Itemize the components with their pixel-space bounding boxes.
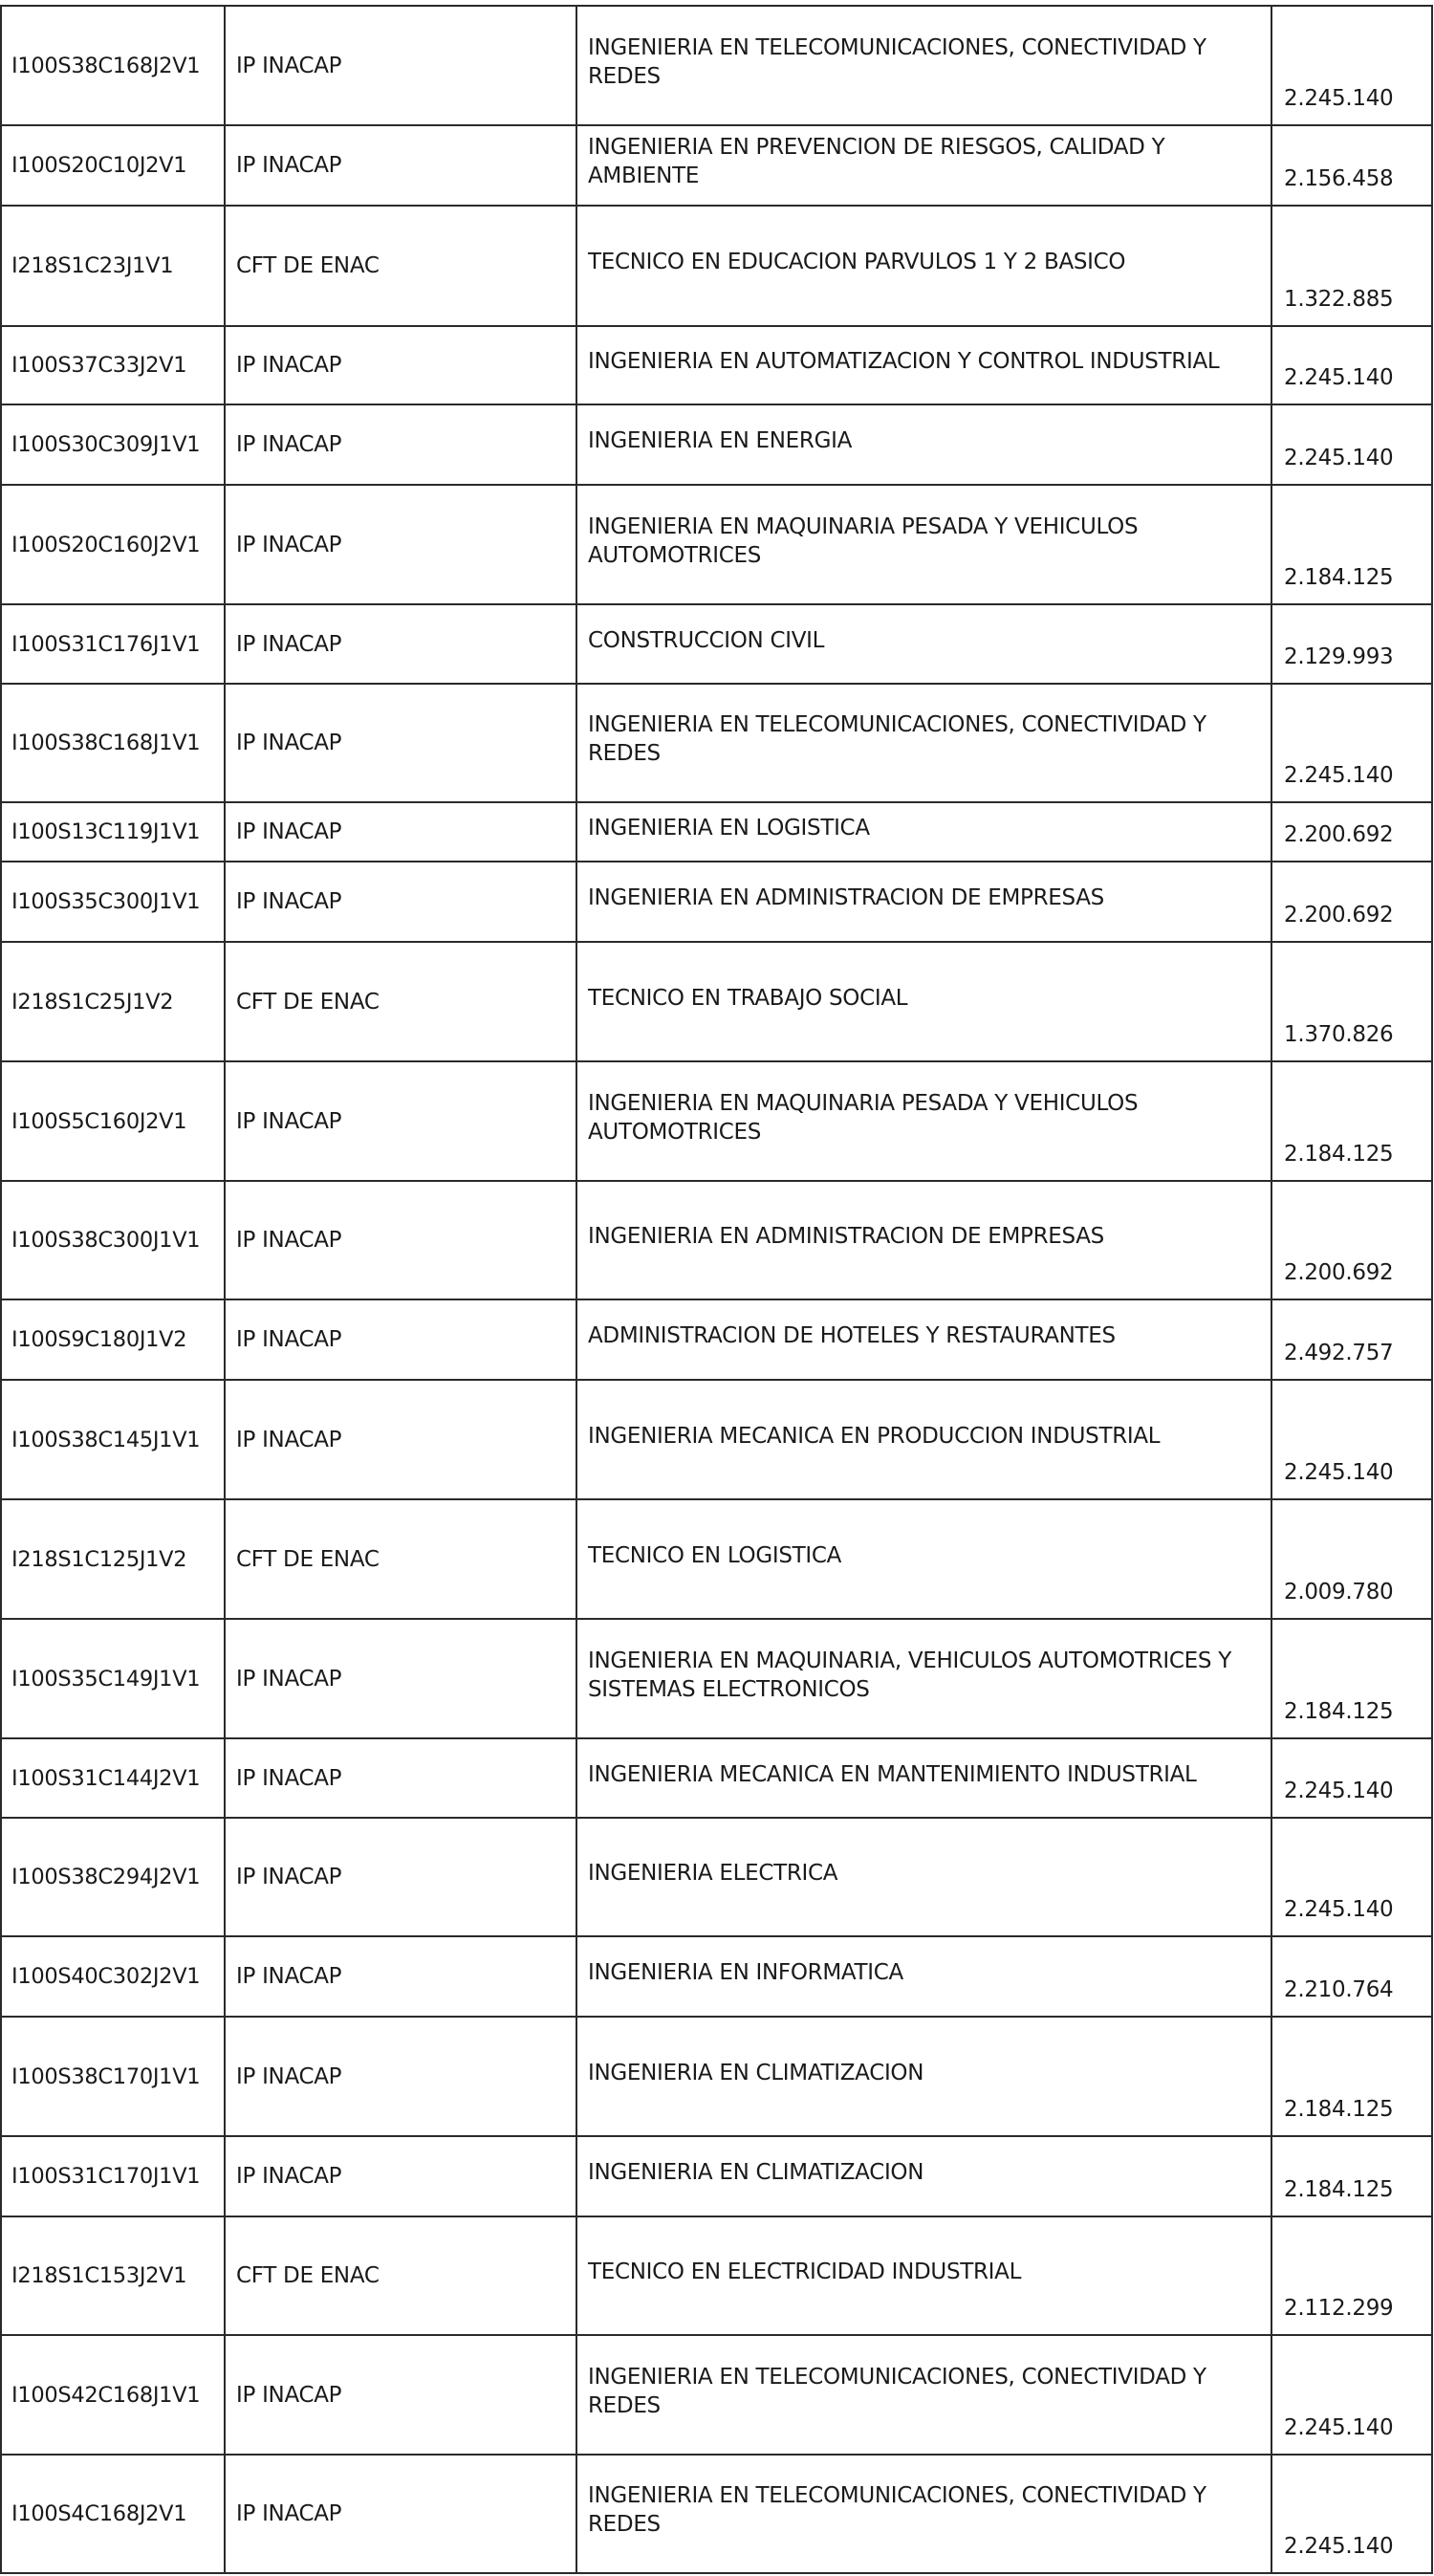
- institution-cell: IP INACAP: [225, 684, 576, 802]
- code-cell: I100S38C170J1V1: [1, 2017, 225, 2136]
- table-row: I100S38C168J1V1IP INACAPINGENIERIA EN TE…: [1, 684, 1432, 802]
- program-cell: INGENIERIA EN LOGISTICA: [576, 802, 1271, 862]
- code-cell-text: I100S31C170J1V1: [11, 2162, 200, 2191]
- amount-cell-text: 2.245.140: [1284, 363, 1393, 392]
- institution-cell-text: IP INACAP: [236, 1226, 341, 1255]
- program-cell-text: INGENIERIA EN MAQUINARIA, VEHICULOS AUTO…: [588, 1647, 1251, 1704]
- amount-cell-text: 2.200.692: [1284, 820, 1393, 849]
- program-cell-text: INGENIERIA EN AUTOMATIZACION Y CONTROL I…: [588, 347, 1219, 376]
- code-cell-text: I100S20C160J2V1: [11, 531, 200, 559]
- code-cell-text: I218S1C125J1V2: [11, 1545, 186, 1574]
- code-cell-text: I100S35C300J1V1: [11, 887, 200, 916]
- program-cell: CONSTRUCCION CIVIL: [576, 604, 1271, 684]
- program-cell: INGENIERIA EN TELECOMUNICACIONES, CONECT…: [576, 2335, 1271, 2455]
- code-cell: I218S1C25J1V2: [1, 942, 225, 1061]
- table-row: I100S38C145J1V1IP INACAPINGENIERIA MECAN…: [1, 1380, 1432, 1499]
- institution-cell: CFT DE ENAC: [225, 942, 576, 1061]
- amount-cell: 2.200.692: [1271, 802, 1432, 862]
- program-cell: INGENIERIA ELECTRICA: [576, 1818, 1271, 1936]
- code-cell: I100S35C300J1V1: [1, 862, 225, 942]
- table-row: I100S4C168J2V1IP INACAPINGENIERIA EN TEL…: [1, 2455, 1432, 2573]
- amount-cell: 2.245.140: [1271, 1380, 1432, 1499]
- code-cell-text: I100S38C300J1V1: [11, 1226, 200, 1255]
- code-cell: I100S38C168J2V1: [1, 6, 225, 125]
- amount-cell-text: 2.184.125: [1284, 2095, 1393, 2124]
- amount-cell: 2.245.140: [1271, 326, 1432, 404]
- amount-cell: 2.245.140: [1271, 684, 1432, 802]
- code-cell-text: I100S30C309J1V1: [11, 430, 200, 459]
- table-row: I100S42C168J1V1IP INACAPINGENIERIA EN TE…: [1, 2335, 1432, 2455]
- institution-cell: IP INACAP: [225, 1738, 576, 1818]
- amount-cell: 2.009.780: [1271, 1499, 1432, 1619]
- institution-cell: IP INACAP: [225, 6, 576, 125]
- program-cell-text: TECNICO EN LOGISTICA: [588, 1541, 841, 1570]
- program-cell-text: INGENIERIA EN MAQUINARIA PESADA Y VEHICU…: [588, 513, 1251, 570]
- program-cell: INGENIERIA EN MAQUINARIA PESADA Y VEHICU…: [576, 485, 1271, 604]
- program-cell: ADMINISTRACION DE HOTELES Y RESTAURANTES: [576, 1299, 1271, 1380]
- table-row: I218S1C25J1V2CFT DE ENACTECNICO EN TRABA…: [1, 942, 1432, 1061]
- code-cell-text: I100S5C160J2V1: [11, 1107, 186, 1136]
- institution-cell: IP INACAP: [225, 1619, 576, 1738]
- amount-cell: 2.112.299: [1271, 2216, 1432, 2335]
- code-cell-text: I100S38C145J1V1: [11, 1426, 200, 1454]
- table-row: I100S38C294J2V1IP INACAPINGENIERIA ELECT…: [1, 1818, 1432, 1936]
- institution-cell: IP INACAP: [225, 1299, 576, 1380]
- career-tuition-table: I100S38C168J2V1IP INACAPINGENIERIA EN TE…: [0, 5, 1433, 2574]
- code-cell: I100S38C145J1V1: [1, 1380, 225, 1499]
- amount-cell: 2.245.140: [1271, 1738, 1432, 1818]
- institution-cell: IP INACAP: [225, 125, 576, 206]
- code-cell: I100S31C176J1V1: [1, 604, 225, 684]
- institution-cell-text: IP INACAP: [236, 1426, 341, 1454]
- institution-cell-text: IP INACAP: [236, 1107, 341, 1136]
- code-cell-text: I100S42C168J1V1: [11, 2381, 200, 2410]
- table-row: I100S20C160J2V1IP INACAPINGENIERIA EN MA…: [1, 485, 1432, 604]
- amount-cell: 2.245.140: [1271, 2335, 1432, 2455]
- program-cell-text: INGENIERIA MECANICA EN MANTENIMIENTO IND…: [588, 1760, 1197, 1789]
- amount-cell: 2.200.692: [1271, 862, 1432, 942]
- institution-cell: IP INACAP: [225, 1818, 576, 1936]
- code-cell: I100S5C160J2V1: [1, 1061, 225, 1181]
- amount-cell-text: 2.009.780: [1284, 1578, 1393, 1606]
- code-cell-text: I218S1C25J1V2: [11, 988, 173, 1016]
- code-cell-text: I100S31C144J2V1: [11, 1764, 200, 1793]
- institution-cell-text: IP INACAP: [236, 1962, 341, 1991]
- code-cell-text: I100S40C302J2V1: [11, 1962, 200, 1991]
- program-cell-text: INGENIERIA EN LOGISTICA: [588, 814, 870, 842]
- institution-cell: IP INACAP: [225, 2017, 576, 2136]
- code-cell-text: I100S38C168J1V1: [11, 729, 200, 757]
- program-cell: INGENIERIA EN CLIMATIZACION: [576, 2136, 1271, 2216]
- amount-cell-text: 2.184.125: [1284, 1140, 1393, 1168]
- code-cell: I100S13C119J1V1: [1, 802, 225, 862]
- table-row: I100S38C300J1V1IP INACAPINGENIERIA EN AD…: [1, 1181, 1432, 1299]
- institution-cell-text: IP INACAP: [236, 430, 341, 459]
- institution-cell: IP INACAP: [225, 802, 576, 862]
- amount-cell-text: 2.245.140: [1284, 1458, 1393, 1487]
- program-cell: TECNICO EN EDUCACION PARVULOS 1 Y 2 BASI…: [576, 206, 1271, 326]
- code-cell-text: I100S35C149J1V1: [11, 1665, 200, 1693]
- code-cell-text: I100S4C168J2V1: [11, 2500, 186, 2528]
- institution-cell-text: IP INACAP: [236, 1863, 341, 1891]
- amount-cell-text: 2.245.140: [1284, 444, 1393, 472]
- institution-cell-text: IP INACAP: [236, 2381, 341, 2410]
- code-cell-text: I100S13C119J1V1: [11, 818, 200, 846]
- institution-cell-text: IP INACAP: [236, 818, 341, 846]
- amount-cell-text: 2.156.458: [1284, 164, 1393, 193]
- table-row: I100S40C302J2V1IP INACAPINGENIERIA EN IN…: [1, 1936, 1432, 2017]
- code-cell-text: I100S20C10J2V1: [11, 151, 186, 180]
- amount-cell: 2.492.757: [1271, 1299, 1432, 1380]
- institution-cell: IP INACAP: [225, 2335, 576, 2455]
- code-cell-text: I100S9C180J1V2: [11, 1325, 186, 1354]
- institution-cell: IP INACAP: [225, 326, 576, 404]
- table-body: I100S38C168J2V1IP INACAPINGENIERIA EN TE…: [1, 6, 1432, 2573]
- amount-cell: 2.200.692: [1271, 1181, 1432, 1299]
- program-cell: INGENIERIA EN ENERGIA: [576, 404, 1271, 485]
- amount-cell-text: 2.200.692: [1284, 901, 1393, 929]
- institution-cell-text: CFT DE ENAC: [236, 988, 380, 1016]
- institution-cell: IP INACAP: [225, 1181, 576, 1299]
- table-row: I100S13C119J1V1IP INACAPINGENIERIA EN LO…: [1, 802, 1432, 862]
- institution-cell: IP INACAP: [225, 1380, 576, 1499]
- institution-cell: IP INACAP: [225, 485, 576, 604]
- institution-cell-text: IP INACAP: [236, 531, 341, 559]
- institution-cell: IP INACAP: [225, 862, 576, 942]
- table-row: I100S31C144J2V1IP INACAPINGENIERIA MECAN…: [1, 1738, 1432, 1818]
- table-row: I100S38C170J1V1IP INACAPINGENIERIA EN CL…: [1, 2017, 1432, 2136]
- code-cell-text: I100S38C170J1V1: [11, 2063, 200, 2091]
- amount-cell-text: 2.245.140: [1284, 2532, 1393, 2561]
- program-cell: INGENIERIA EN MAQUINARIA PESADA Y VEHICU…: [576, 1061, 1271, 1181]
- amount-cell: 1.370.826: [1271, 942, 1432, 1061]
- program-cell-text: INGENIERIA EN INFORMATICA: [588, 1958, 903, 1987]
- code-cell: I100S20C10J2V1: [1, 125, 225, 206]
- institution-cell-text: CFT DE ENAC: [236, 251, 380, 280]
- institution-cell: CFT DE ENAC: [225, 2216, 576, 2335]
- code-cell-text: I100S38C168J2V1: [11, 52, 200, 80]
- program-cell: TECNICO EN ELECTRICIDAD INDUSTRIAL: [576, 2216, 1271, 2335]
- amount-cell: 2.184.125: [1271, 485, 1432, 604]
- code-cell: I100S40C302J2V1: [1, 1936, 225, 2017]
- institution-cell: CFT DE ENAC: [225, 206, 576, 326]
- institution-cell-text: IP INACAP: [236, 351, 341, 380]
- institution-cell-text: IP INACAP: [236, 2162, 341, 2191]
- program-cell: INGENIERIA EN ADMINISTRACION DE EMPRESAS: [576, 862, 1271, 942]
- amount-cell-text: 2.184.125: [1284, 2175, 1393, 2204]
- code-cell-text: I100S38C294J2V1: [11, 1863, 200, 1891]
- code-cell: I100S42C168J1V1: [1, 2335, 225, 2455]
- code-cell: I100S38C294J2V1: [1, 1818, 225, 1936]
- institution-cell: CFT DE ENAC: [225, 1499, 576, 1619]
- institution-cell-text: IP INACAP: [236, 630, 341, 659]
- institution-cell: IP INACAP: [225, 604, 576, 684]
- amount-cell-text: 2.210.764: [1284, 1976, 1393, 2004]
- amount-cell: 1.322.885: [1271, 206, 1432, 326]
- table-row: I100S37C33J2V1IP INACAPINGENIERIA EN AUT…: [1, 326, 1432, 404]
- table-row: I218S1C153J2V1CFT DE ENACTECNICO EN ELEC…: [1, 2216, 1432, 2335]
- program-cell-text: INGENIERIA EN ENERGIA: [588, 426, 852, 455]
- program-cell-text: INGENIERIA MECANICA EN PRODUCCION INDUST…: [588, 1422, 1160, 1451]
- code-cell: I100S31C170J1V1: [1, 2136, 225, 2216]
- program-cell: INGENIERIA MECANICA EN MANTENIMIENTO IND…: [576, 1738, 1271, 1818]
- code-cell: I100S31C144J2V1: [1, 1738, 225, 1818]
- program-cell-text: INGENIERIA EN CLIMATIZACION: [588, 2059, 923, 2087]
- code-cell: I100S35C149J1V1: [1, 1619, 225, 1738]
- institution-cell-text: IP INACAP: [236, 1325, 341, 1354]
- program-cell: INGENIERIA EN MAQUINARIA, VEHICULOS AUTO…: [576, 1619, 1271, 1738]
- institution-cell-text: CFT DE ENAC: [236, 2261, 380, 2290]
- table-row: I100S35C149J1V1IP INACAPINGENIERIA EN MA…: [1, 1619, 1432, 1738]
- amount-cell-text: 2.245.140: [1284, 761, 1393, 790]
- institution-cell-text: IP INACAP: [236, 2500, 341, 2528]
- amount-cell-text: 2.129.993: [1284, 643, 1393, 671]
- amount-cell: 2.156.458: [1271, 125, 1432, 206]
- program-cell-text: TECNICO EN EDUCACION PARVULOS 1 Y 2 BASI…: [588, 248, 1125, 276]
- program-cell: INGENIERIA EN PREVENCION DE RIESGOS, CAL…: [576, 125, 1271, 206]
- code-cell: I100S30C309J1V1: [1, 404, 225, 485]
- table-row: I100S31C176J1V1IP INACAPCONSTRUCCION CIV…: [1, 604, 1432, 684]
- institution-cell-text: IP INACAP: [236, 887, 341, 916]
- institution-cell-text: IP INACAP: [236, 2063, 341, 2091]
- institution-cell-text: IP INACAP: [236, 52, 341, 80]
- amount-cell-text: 2.245.140: [1284, 1895, 1393, 1924]
- program-cell-text: TECNICO EN TRABAJO SOCIAL: [588, 984, 907, 1013]
- institution-cell: IP INACAP: [225, 2136, 576, 2216]
- amount-cell-text: 1.370.826: [1284, 1020, 1393, 1049]
- amount-cell: 2.129.993: [1271, 604, 1432, 684]
- code-cell-text: I218S1C153J2V1: [11, 2261, 186, 2290]
- program-cell: TECNICO EN TRABAJO SOCIAL: [576, 942, 1271, 1061]
- program-cell-text: TECNICO EN ELECTRICIDAD INDUSTRIAL: [588, 2258, 1021, 2286]
- amount-cell: 2.245.140: [1271, 1818, 1432, 1936]
- institution-cell-text: IP INACAP: [236, 729, 341, 757]
- table-row: I100S30C309J1V1IP INACAPINGENIERIA EN EN…: [1, 404, 1432, 485]
- table-row: I100S5C160J2V1IP INACAPINGENIERIA EN MAQ…: [1, 1061, 1432, 1181]
- program-cell-text: INGENIERIA ELECTRICA: [588, 1859, 837, 1888]
- program-cell: INGENIERIA EN INFORMATICA: [576, 1936, 1271, 2017]
- program-cell-text: INGENIERIA EN ADMINISTRACION DE EMPRESAS: [588, 884, 1104, 912]
- program-cell-text: INGENIERIA EN TELECOMUNICACIONES, CONECT…: [588, 710, 1251, 768]
- program-cell: INGENIERIA EN ADMINISTRACION DE EMPRESAS: [576, 1181, 1271, 1299]
- program-cell: INGENIERIA EN TELECOMUNICACIONES, CONECT…: [576, 684, 1271, 802]
- program-cell: INGENIERIA EN TELECOMUNICACIONES, CONECT…: [576, 2455, 1271, 2573]
- amount-cell-text: 2.245.140: [1284, 84, 1393, 113]
- code-cell-text: I218S1C23J1V1: [11, 251, 173, 280]
- institution-cell: IP INACAP: [225, 1936, 576, 2017]
- amount-cell: 2.184.125: [1271, 1619, 1432, 1738]
- amount-cell-text: 2.184.125: [1284, 1697, 1393, 1726]
- program-cell-text: INGENIERIA EN TELECOMUNICACIONES, CONECT…: [588, 2363, 1251, 2420]
- code-cell: I100S38C168J1V1: [1, 684, 225, 802]
- amount-cell: 2.245.140: [1271, 6, 1432, 125]
- code-cell-text: I100S37C33J2V1: [11, 351, 186, 380]
- table-row: I100S9C180J1V2IP INACAPADMINISTRACION DE…: [1, 1299, 1432, 1380]
- code-cell: I100S4C168J2V1: [1, 2455, 225, 2573]
- code-cell: I218S1C23J1V1: [1, 206, 225, 326]
- institution-cell-text: IP INACAP: [236, 151, 341, 180]
- amount-cell: 2.184.125: [1271, 2017, 1432, 2136]
- institution-cell: IP INACAP: [225, 2455, 576, 2573]
- amount-cell: 2.210.764: [1271, 1936, 1432, 2017]
- institution-cell-text: IP INACAP: [236, 1764, 341, 1793]
- institution-cell-text: CFT DE ENAC: [236, 1545, 380, 1574]
- table-row: I100S20C10J2V1IP INACAPINGENIERIA EN PRE…: [1, 125, 1432, 206]
- program-cell: INGENIERIA EN AUTOMATIZACION Y CONTROL I…: [576, 326, 1271, 404]
- program-cell: TECNICO EN LOGISTICA: [576, 1499, 1271, 1619]
- amount-cell: 2.245.140: [1271, 404, 1432, 485]
- code-cell: I100S38C300J1V1: [1, 1181, 225, 1299]
- program-cell-text: ADMINISTRACION DE HOTELES Y RESTAURANTES: [588, 1321, 1116, 1350]
- program-cell-text: INGENIERIA EN MAQUINARIA PESADA Y VEHICU…: [588, 1089, 1251, 1146]
- program-cell-text: INGENIERIA EN PREVENCION DE RIESGOS, CAL…: [588, 133, 1251, 190]
- amount-cell-text: 2.245.140: [1284, 1777, 1393, 1805]
- amount-cell: 2.245.140: [1271, 2455, 1432, 2573]
- program-cell-text: CONSTRUCCION CIVIL: [588, 626, 824, 655]
- code-cell: I218S1C125J1V2: [1, 1499, 225, 1619]
- code-cell: I218S1C153J2V1: [1, 2216, 225, 2335]
- program-cell-text: INGENIERIA EN TELECOMUNICACIONES, CONECT…: [588, 33, 1251, 91]
- amount-cell-text: 2.184.125: [1284, 563, 1393, 592]
- amount-cell: 2.184.125: [1271, 2136, 1432, 2216]
- code-cell-text: I100S31C176J1V1: [11, 630, 200, 659]
- amount-cell-text: 2.112.299: [1284, 2294, 1393, 2323]
- amount-cell: 2.184.125: [1271, 1061, 1432, 1181]
- amount-cell-text: 2.492.757: [1284, 1339, 1393, 1367]
- code-cell: I100S20C160J2V1: [1, 485, 225, 604]
- program-cell-text: INGENIERIA EN TELECOMUNICACIONES, CONECT…: [588, 2481, 1251, 2539]
- amount-cell-text: 2.245.140: [1284, 2413, 1393, 2442]
- code-cell: I100S37C33J2V1: [1, 326, 225, 404]
- code-cell: I100S9C180J1V2: [1, 1299, 225, 1380]
- program-cell: INGENIERIA EN TELECOMUNICACIONES, CONECT…: [576, 6, 1271, 125]
- amount-cell-text: 1.322.885: [1284, 285, 1393, 314]
- table-row: I100S38C168J2V1IP INACAPINGENIERIA EN TE…: [1, 6, 1432, 125]
- table-row: I218S1C125J1V2CFT DE ENACTECNICO EN LOGI…: [1, 1499, 1432, 1619]
- program-cell-text: INGENIERIA EN ADMINISTRACION DE EMPRESAS: [588, 1222, 1104, 1251]
- institution-cell: IP INACAP: [225, 1061, 576, 1181]
- amount-cell-text: 2.200.692: [1284, 1258, 1393, 1287]
- institution-cell: IP INACAP: [225, 404, 576, 485]
- table-row: I218S1C23J1V1CFT DE ENACTECNICO EN EDUCA…: [1, 206, 1432, 326]
- table-row: I100S31C170J1V1IP INACAPINGENIERIA EN CL…: [1, 2136, 1432, 2216]
- program-cell: INGENIERIA MECANICA EN PRODUCCION INDUST…: [576, 1380, 1271, 1499]
- program-cell: INGENIERIA EN CLIMATIZACION: [576, 2017, 1271, 2136]
- table-row: I100S35C300J1V1IP INACAPINGENIERIA EN AD…: [1, 862, 1432, 942]
- institution-cell-text: IP INACAP: [236, 1665, 341, 1693]
- program-cell-text: INGENIERIA EN CLIMATIZACION: [588, 2158, 923, 2187]
